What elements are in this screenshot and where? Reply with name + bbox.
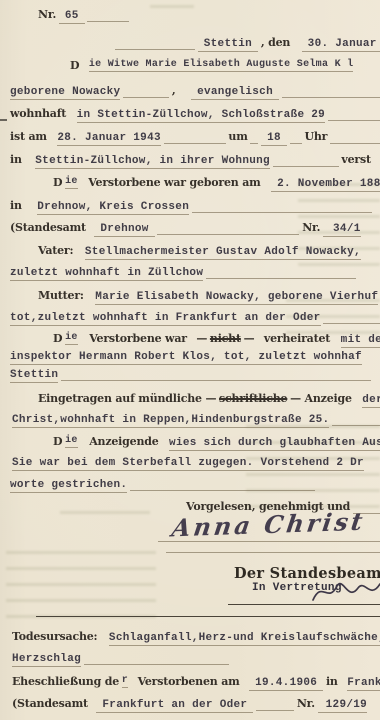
marriage-date-value: 19.4.1906 bbox=[249, 677, 323, 691]
ie-typed: ie bbox=[65, 435, 78, 448]
uhr-label: Uhr bbox=[304, 130, 327, 143]
identification-row-2: Sie war bei dem Sterbefall zugegen. Vors… bbox=[12, 456, 364, 469]
mutter-label: Mutter: bbox=[38, 289, 84, 302]
blank-line bbox=[282, 96, 380, 98]
birth-registry-number: 34/1 bbox=[323, 223, 361, 237]
id-line-2: Sie war bei dem Sterbefall zugegen. Vors… bbox=[12, 457, 364, 471]
birth-place-value: Drehnow, Kreis Crossen bbox=[37, 201, 189, 215]
spouse-row-3: Stettin bbox=[10, 368, 371, 381]
blank-line bbox=[290, 142, 302, 144]
issue-date: 30. Januar bbox=[302, 38, 380, 52]
r-typed: r bbox=[122, 675, 128, 688]
informant-line-1: der Witwe Anna bbox=[362, 394, 380, 408]
scan-edge-mark bbox=[0, 119, 7, 121]
signature-rule bbox=[166, 552, 380, 553]
birth-registry-row: (Standesamt Drehnow Nr. 34/1 bbox=[10, 221, 361, 235]
um-label: um bbox=[228, 130, 247, 143]
death-date-value: 28. Januar 1943 bbox=[57, 132, 161, 146]
vater-label: Vater: bbox=[38, 244, 73, 257]
verstorben-label-cut: verst bbox=[341, 153, 370, 166]
born-label: Verstorbene war geboren am bbox=[88, 176, 260, 189]
die-prefix: D bbox=[53, 332, 62, 345]
blank-line bbox=[328, 119, 380, 121]
ist-am-label: ist am bbox=[10, 130, 47, 143]
dash: — bbox=[244, 332, 255, 345]
wohnhaft-label: wohnhaft bbox=[10, 107, 66, 120]
mother-row: Mutter: Marie Elisabeth Nowacky, geboren… bbox=[38, 289, 378, 303]
marriage-row: Eheschließung de r Verstorbenen am 19.4.… bbox=[12, 675, 380, 689]
record-number-row: Nr. 65 bbox=[38, 8, 129, 22]
spouse-row-2: inspektor Hermann Robert Klos, tot, zule… bbox=[10, 350, 362, 363]
id-line-1: wies sich durch glaubhaften Ausweis bbox=[169, 437, 380, 451]
informant-line-2: Christ,wohnhaft in Reppen,Hindenburgstra… bbox=[12, 414, 329, 428]
marriage-place-value: Frankfurt an d bbox=[347, 677, 380, 691]
die-prefix: D bbox=[70, 59, 79, 72]
death-place-row: in Stettin-Züllchow, in ihrer Wohnung ve… bbox=[10, 153, 371, 167]
spouse-line-2: inspektor Hermann Robert Klos, tot, zule… bbox=[10, 351, 362, 365]
standesamt-label: (Standesamt bbox=[10, 221, 86, 234]
blank-line bbox=[250, 142, 258, 144]
blank-line bbox=[84, 663, 229, 665]
anzeigende-label: Anzeigende bbox=[89, 435, 158, 448]
ie-typed: ie bbox=[65, 176, 78, 189]
birth-date-row: D ie Verstorbene war geboren am 2. Novem… bbox=[53, 176, 380, 190]
marital-status-row: D ie Verstorbene war — nicht — verheirat… bbox=[53, 332, 380, 346]
verheiratet-label: verheiratet bbox=[264, 332, 330, 345]
signature-text: Anna Christ bbox=[170, 507, 367, 543]
nr-label: Nr. bbox=[297, 697, 315, 710]
cause-line-1: Schlaganfall,Herz-und Kreislaufschwäche, bbox=[109, 632, 380, 646]
blank-line bbox=[330, 142, 380, 144]
death-place-value: Stettin-Züllchow, in ihrer Wohnung bbox=[35, 155, 270, 169]
father-name: Stellmachermeister Gustav Adolf Nowacky, bbox=[85, 246, 361, 260]
nee-religion-row: geborene Nowacky , evangelisch bbox=[10, 84, 380, 98]
comma-print: , bbox=[172, 84, 176, 97]
in-label: in bbox=[10, 153, 22, 166]
blank-line bbox=[332, 424, 380, 426]
father-row: Vater: Stellmachermeister Gustav Adolf N… bbox=[38, 244, 361, 258]
die-prefix: D bbox=[53, 176, 62, 189]
blank-line bbox=[130, 489, 315, 491]
eheschliessung-label: Eheschließung de bbox=[12, 675, 119, 688]
birth-date-value: 2. November 1881 bbox=[271, 178, 380, 192]
deceased-name: ie Witwe Marie Elisabeth Auguste Selma K… bbox=[89, 59, 354, 72]
ink-bleedthrough bbox=[150, 0, 194, 12]
war-label: Verstorbene war bbox=[89, 332, 187, 345]
anzeige-label: — Anzeige bbox=[290, 392, 352, 405]
informant-row-2: Christ,wohnhaft in Reppen,Hindenburgstra… bbox=[12, 413, 380, 426]
identification-row-3: worte gestrichen. bbox=[10, 478, 315, 491]
official-signature-scribble bbox=[310, 574, 380, 610]
marriage-registry-row: (Standesamt Frankfurt an der Oder Nr. 12… bbox=[12, 697, 367, 711]
ink-bleedthrough bbox=[60, 506, 150, 520]
father-residence: zuletzt wohnhaft in Züllchow bbox=[10, 267, 203, 281]
nr-label: Nr. bbox=[302, 221, 320, 234]
cause-line-2: Herzschlag bbox=[12, 653, 81, 667]
marriage-registry-number: 129/19 bbox=[318, 699, 367, 713]
standesamt-label: (Standesamt bbox=[12, 697, 88, 710]
place-date-row: Stettin , den 30. Januar bbox=[115, 36, 380, 50]
die-prefix: D bbox=[53, 435, 62, 448]
father-row-2: zuletzt wohnhaft in Züllchow bbox=[10, 266, 356, 279]
eingetragen-label: Eingetragen auf mündliche — bbox=[38, 392, 216, 405]
blank-line bbox=[206, 277, 356, 279]
birth-registry-value: Drehnow bbox=[94, 223, 154, 237]
in-label: in bbox=[10, 199, 22, 212]
record-number-value: 65 bbox=[59, 10, 85, 24]
ink-bleedthrough bbox=[6, 546, 156, 624]
record-number-label: Nr. bbox=[38, 8, 56, 21]
informant-signature: Anna Christ bbox=[172, 510, 365, 539]
todesursache-label: Todesursache: bbox=[12, 630, 97, 643]
blank-line bbox=[192, 211, 372, 213]
spouse-line-1: mit dem Verwaltu bbox=[341, 334, 380, 348]
nicht-struck: nicht bbox=[210, 332, 241, 345]
identification-row: D ie Anzeigende wies sich durch glaubhaf… bbox=[53, 435, 380, 449]
blank-line bbox=[157, 233, 299, 235]
in-label: in bbox=[326, 675, 338, 688]
mother-row-2: tot,zuletzt wohnhaft in Frankfurt an der… bbox=[10, 311, 380, 324]
death-date-row: ist am 28. Januar 1943 um 18 Uhr M bbox=[10, 130, 380, 144]
cause-of-death-row: Todesursache: Schlaganfall,Herz-und Krei… bbox=[12, 630, 380, 644]
blank-line bbox=[123, 96, 169, 98]
cause-of-death-row-2: Herzschlag bbox=[12, 652, 229, 665]
den-label: , den bbox=[261, 36, 290, 49]
religion-value: evangelisch bbox=[191, 86, 279, 100]
birth-place-row: in Drehnow, Kreis Crossen bbox=[10, 199, 372, 213]
schriftliche-struck: schriftliche bbox=[219, 392, 287, 405]
dash: — bbox=[196, 332, 207, 345]
residence-value: in Stettin-Züllchow, Schloßstraße 29 bbox=[77, 109, 325, 123]
blank-line bbox=[87, 20, 129, 22]
section-divider-rule bbox=[36, 616, 380, 617]
report-row: Eingetragen auf mündliche — schriftliche… bbox=[38, 392, 380, 406]
blank-line bbox=[115, 48, 195, 50]
mother-residence: tot,zuletzt wohnhaft in Frankfurt an der… bbox=[10, 312, 321, 326]
blank-line bbox=[256, 709, 294, 711]
ie-typed: ie bbox=[65, 332, 78, 345]
verstorbenen-am-label: Verstorbenen am bbox=[138, 675, 240, 688]
death-hour-value: 18 bbox=[261, 132, 287, 146]
blank-line bbox=[61, 379, 371, 381]
marriage-registry-value: Frankfurt an der Oder bbox=[96, 699, 253, 713]
deceased-name-row: D ie Witwe Marie Elisabeth Auguste Selma… bbox=[70, 59, 353, 73]
mother-name: Marie Elisabeth Nowacky, geborene Vierhu… bbox=[95, 291, 378, 305]
spouse-line-3: Stettin bbox=[10, 369, 58, 383]
blank-line bbox=[164, 142, 226, 144]
blank-line bbox=[273, 165, 339, 167]
issue-city: Stettin bbox=[198, 38, 258, 52]
nee-value: geborene Nowacky bbox=[10, 86, 120, 100]
id-line-3: worte gestrichen. bbox=[10, 479, 127, 493]
blank-line bbox=[323, 322, 380, 324]
residence-row: wohnhaft in Stettin-Züllchow, Schloßstra… bbox=[10, 107, 380, 121]
